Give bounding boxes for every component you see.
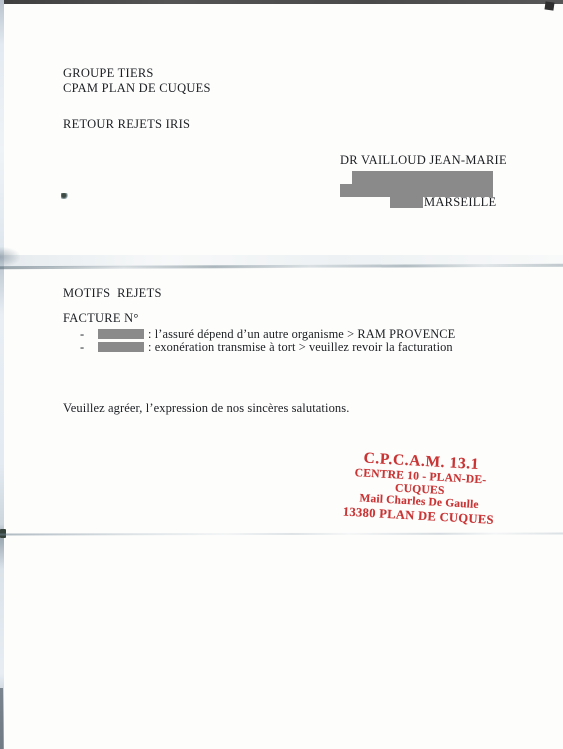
office-stamp: C.P.C.A.M. 13.1 CENTRE 10 - PLAN-DE-CUQU… bbox=[332, 448, 508, 527]
motifs-heading: MOTIFS REJETS bbox=[63, 286, 162, 301]
bullet-dash: - bbox=[80, 340, 98, 355]
recipient-name: DR VAILLOUD JEAN-MARIE bbox=[340, 153, 507, 168]
scanned-letter-page: GROUPE TIERS CPAM PLAN DE CUQUES RETOUR … bbox=[0, 0, 563, 749]
redacted-postal-code bbox=[390, 196, 423, 208]
rejet-reason: : exonération transmise à tort > veuille… bbox=[148, 340, 453, 355]
closing-salutation: Veuillez agréer, l’expression de nos sin… bbox=[63, 401, 349, 416]
scan-fold-line-lower bbox=[0, 533, 563, 536]
scan-artifact-top-right-mark bbox=[544, 1, 554, 10]
scan-fold-smudge bbox=[0, 247, 20, 267]
redacted-address-line-1 bbox=[352, 171, 493, 184]
scan-speck bbox=[61, 193, 68, 199]
redacted-invoice-number bbox=[98, 342, 144, 352]
scan-artifact-bottom-left-mark bbox=[0, 688, 3, 749]
subject-line: RETOUR REJETS IRIS bbox=[63, 117, 190, 132]
redacted-invoice-number bbox=[98, 329, 144, 339]
sender-group-line: GROUPE TIERS bbox=[63, 66, 154, 81]
facture-label: FACTURE N° bbox=[63, 311, 139, 326]
sender-office-line: CPAM PLAN DE CUQUES bbox=[63, 81, 211, 96]
recipient-city: MARSEILLE bbox=[424, 195, 496, 210]
rejet-item: - : exonération transmise à tort > veuil… bbox=[80, 340, 453, 355]
scan-artifact-top-edge bbox=[0, 0, 563, 4]
scan-artifact-left-edge bbox=[0, 0, 4, 749]
